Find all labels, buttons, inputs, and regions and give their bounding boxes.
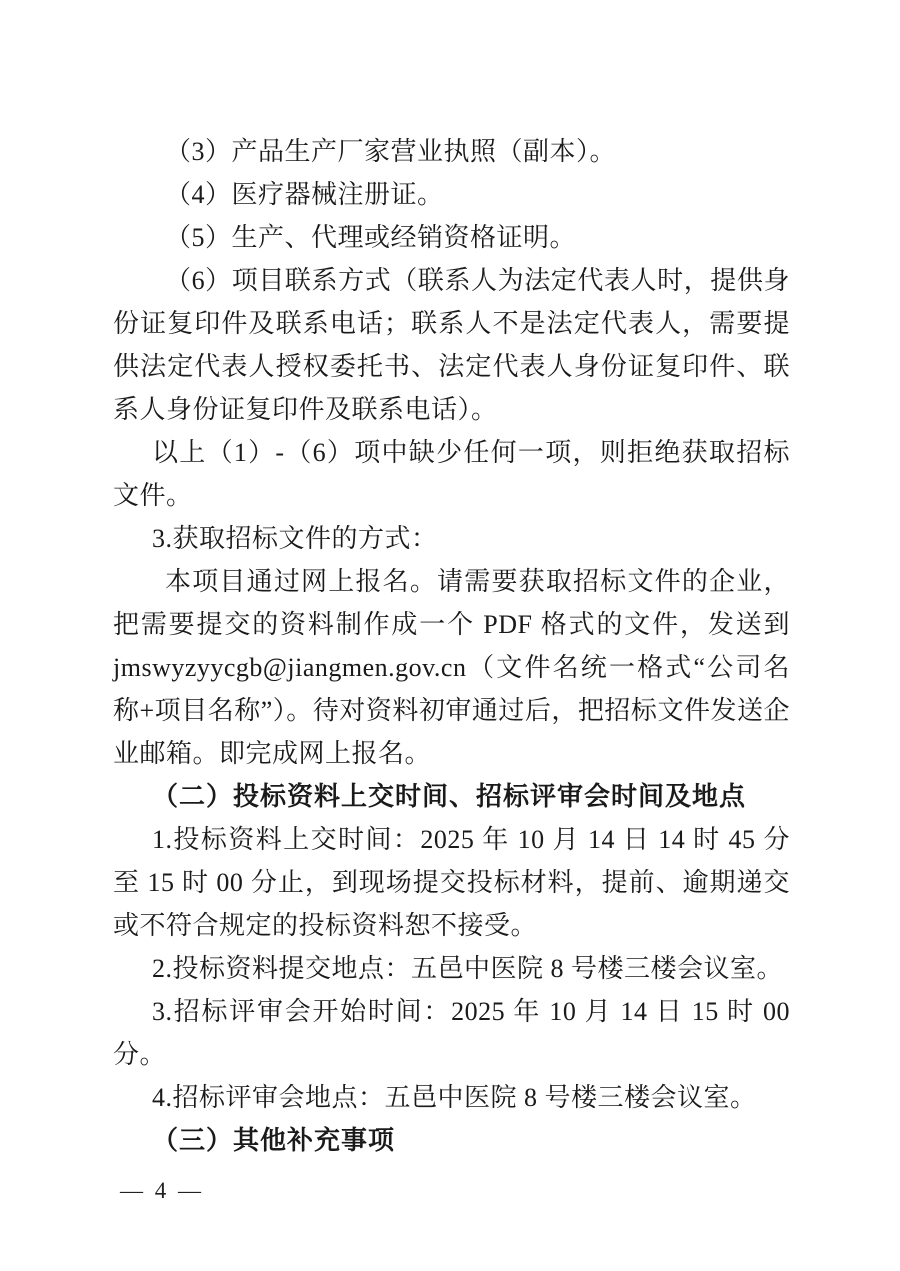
document-page: （3）产品生产厂家营业执照（副本）。（4）医疗器械注册证。（5）生产、代理或经销… <box>0 0 900 1271</box>
paragraph: 3.获取招标文件的方式： <box>113 517 790 560</box>
paragraph: （4）医疗器械注册证。 <box>113 173 790 216</box>
section-heading: （二）投标资料上交时间、招标评审会时间及地点 <box>113 775 790 818</box>
paragraph: 4.招标评审会地点：五邑中医院 8 号楼三楼会议室。 <box>113 1076 790 1119</box>
document-body: （3）产品生产厂家营业执照（副本）。（4）医疗器械注册证。（5）生产、代理或经销… <box>113 130 790 1162</box>
section-heading: （三）其他补充事项 <box>113 1119 790 1162</box>
paragraph: （5）生产、代理或经销资格证明。 <box>113 216 790 259</box>
paragraph: 2.投标资料提交地点：五邑中医院 8 号楼三楼会议室。 <box>113 947 790 990</box>
paragraph: 3.招标评审会开始时间：2025 年 10 月 14 日 15 时 00 分。 <box>113 990 790 1076</box>
paragraph: （6）项目联系方式（联系人为法定代表人时，提供身份证复印件及联系电话；联系人不是… <box>113 259 790 431</box>
paragraph: 以上（1）-（6）项中缺少任何一项，则拒绝获取招标文件。 <box>113 431 790 517</box>
paragraph: （3）产品生产厂家营业执照（副本）。 <box>113 130 790 173</box>
paragraph: 1.投标资料上交时间：2025 年 10 月 14 日 14 时 45 分至 1… <box>113 818 790 947</box>
page-number: — 4 — <box>120 1176 204 1206</box>
paragraph: 本项目通过网上报名。请需要获取招标文件的企业，把需要提交的资料制作成一个 PDF… <box>113 560 790 775</box>
